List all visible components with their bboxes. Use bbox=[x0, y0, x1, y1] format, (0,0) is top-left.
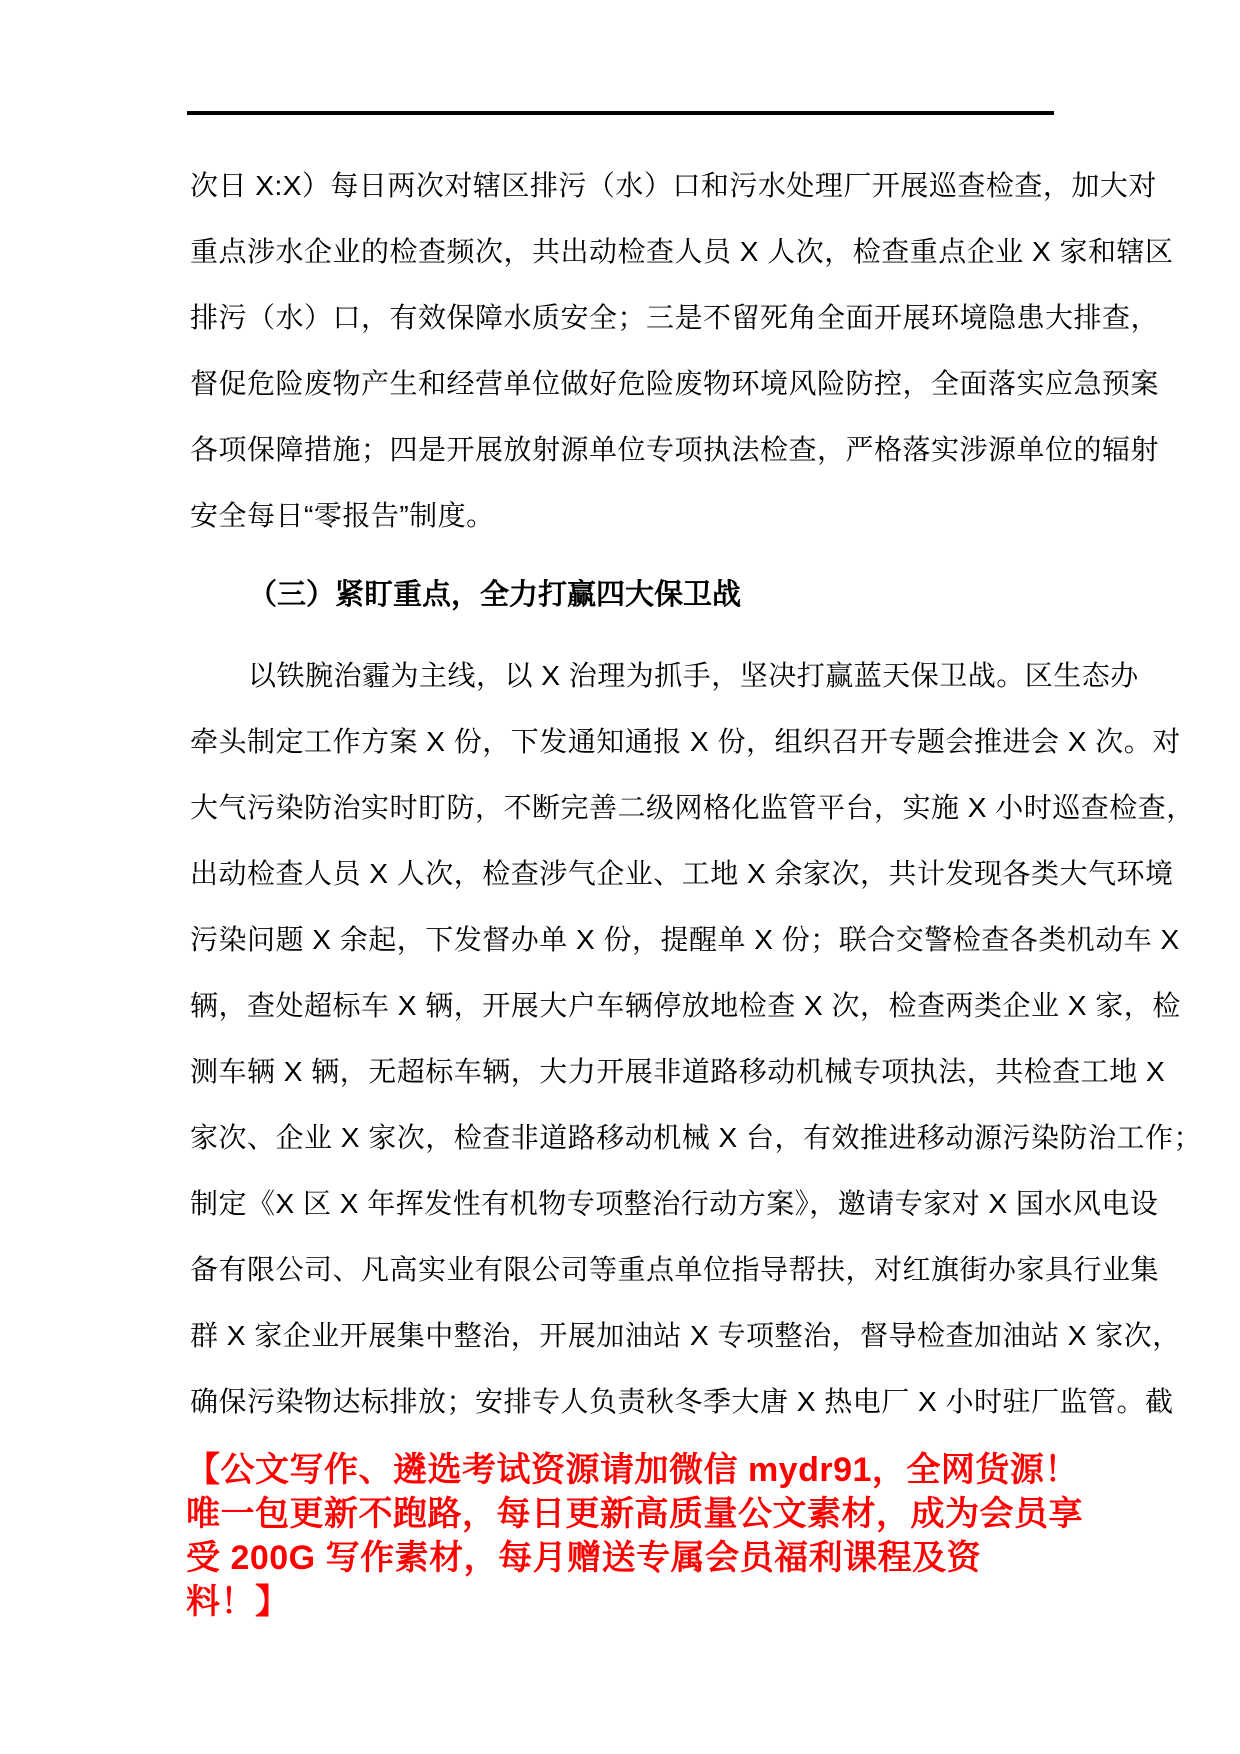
body-line: 安全每日“零报告”制度。 bbox=[190, 483, 1040, 549]
body-line: 测车辆 X 辆，无超标车辆，大力开展非道路移动机械专项执法，共检查工地 X bbox=[190, 1039, 1040, 1105]
body-line: 出动检查人员 X 人次，检查涉气企业、工地 X 余家次，共计发现各类大气环境 bbox=[190, 841, 1040, 907]
body-line: 大气污染防治实时盯防，不断完善二级网格化监管平台，实施 X 小时巡查检查， bbox=[190, 775, 1040, 841]
body-line: 以铁腕治霾为主线，以 X 治理为抓手，坚决打赢蓝天保卫战。区生态办 bbox=[190, 643, 1040, 709]
promo-line: 【公文写作、遴选考试资源请加微信 mydr91，全网货源！ bbox=[186, 1448, 1086, 1492]
header-rule bbox=[187, 111, 1054, 115]
body-line: 辆，查处超标车 X 辆，开展大户车辆停放地检查 X 次，检查两类企业 X 家，检 bbox=[190, 973, 1040, 1039]
promo-line: 料！】 bbox=[186, 1580, 1086, 1624]
body-line: 各项保障措施；四是开展放射源单位专项执法检查，严格落实涉源单位的辐射 bbox=[190, 417, 1040, 483]
document-page: 次日 X:X）每日两次对辖区排污（水）口和污水处理厂开展巡查检查，加大对 重点涉… bbox=[0, 0, 1240, 1754]
body-line: 群 X 家企业开展集中整治，开展加油站 X 专项整治，督导检查加油站 X 家次， bbox=[190, 1303, 1040, 1369]
body-line: 次日 X:X）每日两次对辖区排污（水）口和污水处理厂开展巡查检查，加大对 bbox=[190, 153, 1040, 219]
body-line: 排污（水）口，有效保障水质安全；三是不留死角全面开展环境隐患大排查， bbox=[190, 285, 1040, 351]
body-line: 污染问题 X 余起，下发督办单 X 份，提醒单 X 份；联合交警检查各类机动车 … bbox=[190, 907, 1040, 973]
body-line: 制定《X 区 X 年挥发性有机物专项整治行动方案》，邀请专家对 X 国水风电设 bbox=[190, 1171, 1040, 1237]
section-heading: （三）紧盯重点，全力打赢四大保卫战 bbox=[190, 562, 1040, 628]
paragraph-2: 以铁腕治霾为主线，以 X 治理为抓手，坚决打赢蓝天保卫战。区生态办 牵头制定工作… bbox=[190, 643, 1040, 1435]
paragraph-1: 次日 X:X）每日两次对辖区排污（水）口和污水处理厂开展巡查检查，加大对 重点涉… bbox=[190, 153, 1040, 549]
body-line: 家次、企业 X 家次，检查非道路移动机械 X 台，有效推进移动源污染防治工作； bbox=[190, 1105, 1040, 1171]
body-line: 重点涉水企业的检查频次，共出动检查人员 X 人次，检查重点企业 X 家和辖区 bbox=[190, 219, 1040, 285]
body-line: 确保污染物达标排放；安排专人负责秋冬季大唐 X 热电厂 X 小时驻厂监管。截 bbox=[190, 1369, 1040, 1435]
section-heading-block: （三）紧盯重点，全力打赢四大保卫战 bbox=[190, 562, 1040, 628]
body-line: 牵头制定工作方案 X 份，下发通知通报 X 份，组织召开专题会推进会 X 次。对 bbox=[190, 709, 1040, 775]
promo-line: 受 200G 写作素材，每月赠送专属会员福利课程及资 bbox=[186, 1536, 1086, 1580]
promo-notice: 【公文写作、遴选考试资源请加微信 mydr91，全网货源！ 唯一包更新不跑路，每… bbox=[186, 1448, 1086, 1624]
body-line: 备有限公司、凡高实业有限公司等重点单位指导帮扶，对红旗街办家具行业集 bbox=[190, 1237, 1040, 1303]
body-line: 督促危险废物产生和经营单位做好危险废物环境风险防控，全面落实应急预案 bbox=[190, 351, 1040, 417]
promo-line: 唯一包更新不跑路，每日更新高质量公文素材，成为会员享 bbox=[186, 1492, 1086, 1536]
